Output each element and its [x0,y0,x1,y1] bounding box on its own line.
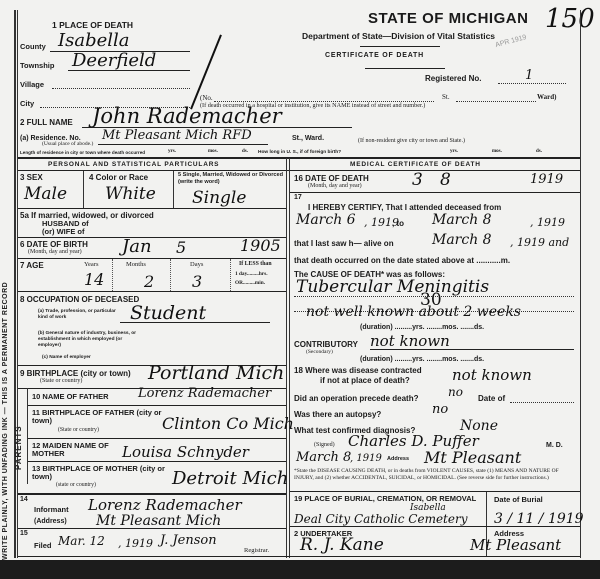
divider [290,192,580,193]
county-value: Isabella [58,30,130,51]
mos-label: mos. [208,149,218,154]
attended-to-year: , 1919 [530,216,565,229]
age-days-value: 3 [192,272,202,291]
signed-year: , 1919 [350,453,382,464]
informant-address-value: Mt Pleasant Mich [96,513,221,529]
full-name-value: John Rademacher [92,104,282,128]
dod-day: 8 [440,170,451,190]
mother-value: Louisa Schnyder [122,443,249,461]
divider [18,208,286,209]
contracted-label: 18 Where was disease contracted [294,366,422,375]
village-line [52,88,190,89]
dod-sub: (Month, day and year) [308,183,362,189]
signed-date: March 8 [296,450,351,465]
divider [28,461,286,462]
dod-year: 1919 [530,172,563,187]
dob-month: Jan [122,236,152,257]
place-of-death-heading: 1 PLACE OF DEATH [52,20,133,30]
sex-label: 3 SEX [20,173,43,182]
registrar-label: Registrar. [244,547,269,554]
burial-date-label: Date of Burial [494,495,543,504]
occupation-label: 8 OCCUPATION OF DECEASED [20,295,139,304]
contributory-label: CONTRIBUTORY [294,340,358,349]
divider [365,68,445,69]
duration2-label: (duration) .........yrs. ........mos. ..… [360,356,484,363]
divider [18,493,286,495]
parents-label: PARENTS [14,406,24,486]
residence-st-label: St., Ward. [292,135,324,142]
physician-address-label: Address [387,456,409,462]
father-birthplace-value: Clinton Co Mich [162,414,294,433]
parents-divider [27,388,28,484]
divider [28,405,286,406]
birthplace-value: Portland Mich [148,362,284,384]
cell-divider [230,259,232,291]
bottom-border [18,556,580,557]
village-label: Village [20,80,44,89]
signed-label: (Signed) [314,442,335,448]
operation-label: Did an operation precede death? [294,394,418,403]
cell-divider [83,171,84,208]
ward-line [456,101,536,102]
no-label: (No. [200,94,213,102]
undertaker-address-value: Mt Pleasant [470,536,561,554]
informant-num: 14 [20,496,28,503]
burial-label: 19 PLACE OF BURIAL, CREMATION, OR REMOVA… [294,495,484,503]
dob-sub: (Month, day and year) [28,249,82,255]
operation-date-label: Date of [478,394,505,403]
column-divider-inner [289,158,290,558]
marital-label: 5 Single, Married, Widowed or Divorced (… [178,172,284,186]
county-label: County [20,42,46,51]
divider [290,526,580,527]
age-years-value: 14 [84,270,104,289]
duration-note: not well known about 2 weeks [306,304,521,320]
ds-label: ds. [242,149,248,154]
residence-value: Mt Pleasant Mich RFD [102,128,252,143]
column-divider [286,158,287,558]
mother-birthplace-value: Detroit Mich [172,468,288,489]
cause-footnote: *State the DISEASE CAUSING DEATH, or in … [294,468,574,481]
received-stamp: APR 1919 [495,34,528,49]
length-residence-label: Length of residence in city or town wher… [20,150,145,155]
full-name-label: 2 FULL NAME [20,118,73,127]
divider [290,491,580,492]
marital-value: Single [192,188,246,208]
divider [18,258,286,259]
department-line: Department of State—Division of Vital St… [302,31,495,41]
autopsy-label: Was there an autopsy? [294,410,381,419]
margin-instruction: WRITE PLAINLY, WITH UNFADING INK — THIS … [2,140,14,560]
township-value: Deerfield [72,50,156,71]
burial-date-value: 3 / 11 / 1919 [494,511,584,527]
us-ds-label: ds. [536,149,542,154]
duration-label: (duration) .........yrs. ........mos. ..… [360,324,484,331]
occupation-industry-label: (b) General nature of industry, business… [38,331,138,349]
township-label: Township [20,61,54,70]
occupation-trade-label: (a) Trade, profession, or particular kin… [38,309,120,321]
contributory-sub: (Secondary) [306,349,333,355]
registered-no-line [498,83,566,84]
last-saw-year: , 1919 and [510,236,569,249]
st-label: St. [442,93,450,101]
operation-date-line [510,402,574,403]
father-label: 10 NAME OF FATHER [32,392,109,401]
birthplace-label: 9 BIRTHPLACE (city or town) [20,369,131,378]
certificate-title: CERTIFICATE OF DEATH [325,52,424,59]
cause-value: Tubercular Meningitis [296,277,489,297]
wife-label: (or) WIFE of [42,228,85,235]
to-label: , to [392,219,404,228]
cell-divider [173,171,174,208]
attended-to-date: March 8 [432,212,492,228]
md-label: M. D. [546,442,563,449]
right-border [580,10,581,558]
nonresident-note: (If non-resident give city or town and S… [358,138,465,144]
residence-line [98,144,268,145]
registered-no-value: 1 [525,68,533,83]
us-yrs-label: yrs. [450,149,458,154]
mother-label: 12 MAIDEN NAME OF MOTHER [32,442,127,458]
divider [360,46,440,47]
informant-value: Lorenz Rademacher [88,496,242,514]
city-label: City [20,99,34,108]
less-day-label: 1 day.........hrs. [235,271,268,277]
file-number: 150 [545,4,595,34]
medical-heading: MEDICAL CERTIFICATE OF DEATH [350,161,481,168]
us-residence-label: How long in U. S., if of foreign birth? [258,150,341,155]
divider [28,438,286,439]
abode-note: (Usual place of abode.) [42,141,93,147]
certify-num: 17 [294,194,302,201]
registered-no-label: Registered No. [425,74,481,83]
color-value: White [105,184,156,204]
mother-birthplace-label: 13 BIRTHPLACE OF MOTHER (city or town) [32,465,172,481]
father-value: Lorenz Rademacher [138,386,271,401]
divider [18,528,286,529]
attended-from-date: March 6 [296,212,356,228]
state-title: STATE OF MICHIGAN [368,10,528,27]
divider [18,291,286,292]
occupation-employer-label: (c) Name of employer [42,355,91,360]
divider [18,170,580,171]
dod-label: 16 DATE OF DEATH [294,174,369,183]
father-birthplace-label: 11 BIRTHPLACE OF FATHER (city or town) [32,409,162,425]
age-label: 7 AGE [20,261,44,270]
death-certificate: WRITE PLAINLY, WITH UNFADING INK — THIS … [0,0,600,560]
filed-label: Filed [34,541,52,550]
age-days-label: Days [190,261,203,268]
husband-label: HUSBAND of [42,220,89,227]
filed-num: 15 [20,530,28,537]
dob-year: 1905 [240,236,281,255]
occupation-value: Student [130,302,206,324]
age-years-label: Years [84,261,99,268]
last-saw-text: that I last saw h— alive on [294,239,394,248]
cell-divider [112,259,114,291]
less-than-label: If LESS than [239,261,272,267]
last-saw-date: March 8 [432,232,492,248]
yrs-label: yrs. [168,149,176,154]
ward-label: Ward) [537,93,556,101]
scan-edge [0,560,600,579]
filed-date: Mar. 12 [58,534,105,548]
physician-address-value: Mt Pleasant [424,448,521,467]
burial-place-value: Deal City Catholic Cemetery [294,512,468,526]
color-label: 4 Color or Race [89,173,148,182]
section-divider [18,157,580,159]
registrar-signature: J. Jenson [160,533,217,548]
age-months-value: 2 [144,272,154,291]
age-months-label: Months [126,261,146,268]
dod-month: 3 [412,170,423,190]
cell-divider [170,259,172,291]
undertaker-value: R. J. Kane [300,535,384,555]
less-min-label: OR.........min. [235,280,265,286]
dob-day: 5 [176,238,186,257]
personal-heading: PERSONAL AND STATISTICAL PARTICULARS [48,161,219,168]
certify-text: I HEREBY CERTIFY, That I attended deceas… [308,203,501,212]
contracted-sub: if not at place of death? [320,376,410,385]
contributory-value: not known [370,332,450,350]
us-mos-label: mos. [492,149,502,154]
mother-birthplace-sub: (state or country) [56,482,96,488]
death-occurred-text: that death occurred on the date stated a… [294,256,510,265]
informant-label: Informant [34,505,69,514]
dob-label: 6 DATE OF BIRTH [20,240,88,249]
sex-value: Male [24,184,67,204]
autopsy-value: no [432,402,448,417]
filed-year: , 1919 [118,537,153,550]
contracted-value: not known [452,366,532,384]
birthplace-sub: (State or country) [40,378,82,384]
contributory-line [370,349,574,350]
informant-address-label: (Address) [34,518,67,525]
father-birthplace-sub: (State or country) [58,427,99,433]
operation-value: no [448,385,463,399]
